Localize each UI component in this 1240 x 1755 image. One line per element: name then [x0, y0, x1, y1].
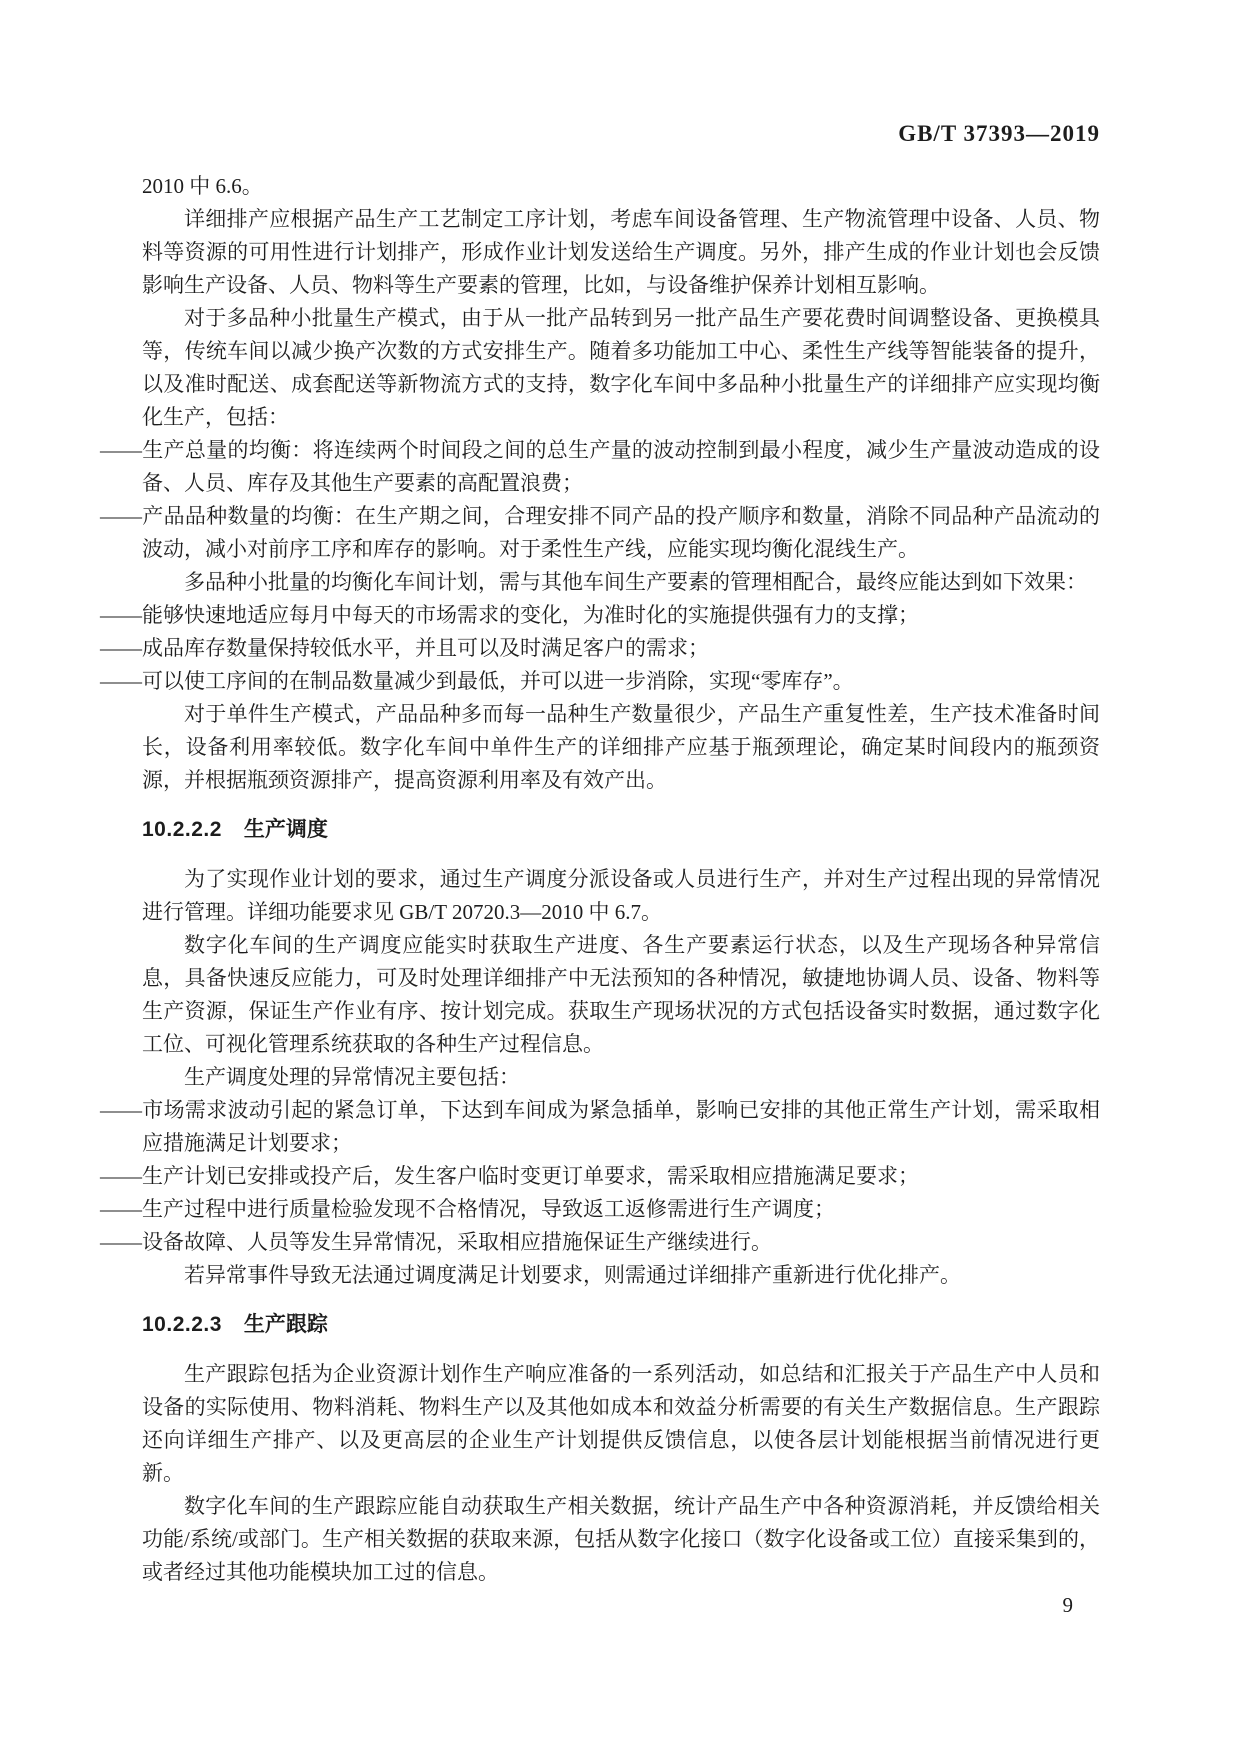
- dash-list-item: ——生产过程中进行质量检验发现不合格情况，导致返工返修需进行生产调度；: [142, 1193, 1100, 1226]
- section-heading: 10.2.2.2生产调度: [142, 813, 1100, 846]
- paragraph: 数字化车间的生产跟踪应能自动获取生产相关数据，统计产品生产中各种资源消耗，并反馈…: [142, 1490, 1100, 1589]
- paragraph: 生产调度处理的异常情况主要包括：: [142, 1061, 1100, 1094]
- paragraph: 对于单件生产模式，产品品种多而每一品种生产数量很少，产品生产重复性差，生产技术准…: [142, 698, 1100, 797]
- page-number: 9: [1063, 1593, 1074, 1618]
- heading-title: 生产跟踪: [244, 1313, 328, 1336]
- section-heading: 10.2.2.3生产跟踪: [142, 1308, 1100, 1341]
- heading-number: 10.2.2.2: [142, 818, 222, 841]
- paragraph: 2010 中 6.6。: [142, 170, 1100, 203]
- dash-list-item: ——能够快速地适应每月中每天的市场需求的变化，为准时化的实施提供强有力的支撑；: [142, 599, 1100, 632]
- paragraph: 数字化车间的生产调度应能实时获取生产进度、各生产要素运行状态，以及生产现场各种异…: [142, 929, 1100, 1061]
- paragraph: 若异常事件导致无法通过调度满足计划要求，则需通过详细排产重新进行优化排产。: [142, 1259, 1100, 1292]
- dash-list-item: ——设备故障、人员等发生异常情况，采取相应措施保证生产继续进行。: [142, 1226, 1100, 1259]
- dash-list-item: ——成品库存数量保持较低水平，并且可以及时满足客户的需求；: [142, 632, 1100, 665]
- heading-title: 生产调度: [244, 818, 328, 841]
- dash-list-item: ——生产总量的均衡：将连续两个时间段之间的总生产量的波动控制到最小程度，减少生产…: [142, 434, 1100, 500]
- paragraph: 多品种小批量的均衡化车间计划，需与其他车间生产要素的管理相配合，最终应能达到如下…: [142, 566, 1100, 599]
- paragraph: 对于多品种小批量生产模式，由于从一批产品转到另一批产品生产要花费时间调整设备、更…: [142, 302, 1100, 434]
- dash-list-item: ——产品品种数量的均衡：在生产期之间，合理安排不同产品的投产顺序和数量，消除不同…: [142, 500, 1100, 566]
- dash-list-item: ——生产计划已安排或投产后，发生客户临时变更订单要求，需采取相应措施满足要求；: [142, 1160, 1100, 1193]
- paragraph: 为了实现作业计划的要求，通过生产调度分派设备或人员进行生产，并对生产过程出现的异…: [142, 863, 1100, 929]
- dash-list-item: ——市场需求波动引起的紧急订单，下达到车间成为紧急插单，影响已安排的其他正常生产…: [142, 1094, 1100, 1160]
- heading-number: 10.2.2.3: [142, 1313, 222, 1336]
- running-header: GB/T 37393—2019: [142, 121, 1100, 147]
- paragraph: 详细排产应根据产品生产工艺制定工序计划，考虑车间设备管理、生产物流管理中设备、人…: [142, 203, 1100, 302]
- dash-list-item: ——可以使工序间的在制品数量减少到最低，并可以进一步消除，实现“零库存”。: [142, 665, 1100, 698]
- paragraph: 生产跟踪包括为企业资源计划作生产响应准备的一系列活动，如总结和汇报关于产品生产中…: [142, 1358, 1100, 1490]
- document-page: GB/T 37393—2019 2010 中 6.6。详细排产应根据产品生产工艺…: [0, 0, 1240, 1755]
- document-content: 2010 中 6.6。详细排产应根据产品生产工艺制定工序计划，考虑车间设备管理、…: [142, 170, 1100, 1589]
